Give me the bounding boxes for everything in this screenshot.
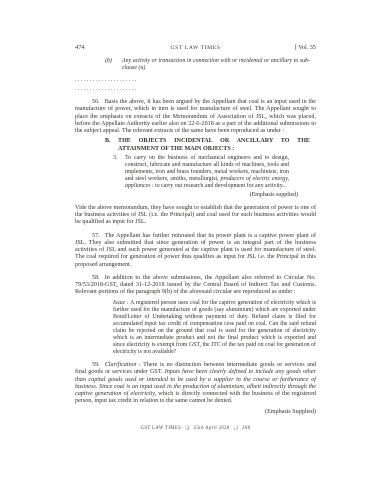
quote-3-roman-2: : to carry out research and development … — [151, 183, 287, 189]
paragraph-vide: Vide the above memorandum, they have sou… — [75, 205, 316, 227]
paragraph-58-text: In addition to the above submissions, th… — [75, 275, 316, 296]
paragraph-59-clarification-label: Clarification — [105, 362, 137, 368]
paragraph-59-number: 59. — [92, 362, 100, 368]
paragraph-56-text: Basis the above, it has been argued by t… — [75, 99, 316, 134]
objects-heading: B. THE OBJECTS INCIDENTAL OR ANCILLARY T… — [105, 138, 310, 153]
objects-heading-label: B. — [105, 138, 118, 153]
objects-heading-text: THE OBJECTS INCIDENTAL OR ANCILLARY TO T… — [118, 138, 310, 153]
footer-page-number: 268 — [242, 426, 250, 431]
ellipsis-line: ..................... — [75, 77, 316, 85]
footer-separator-icon: ❑ — [234, 425, 239, 431]
page-number: 474 — [75, 44, 115, 51]
issue-label: Issue : — [113, 300, 129, 306]
page-footer: GST LAW TIMES❑23rd April 2020❑268 — [75, 425, 316, 431]
paragraph-56: 56.Basis the above, it has been argued b… — [75, 99, 316, 135]
footer-journal: GST LAW TIMES — [141, 426, 182, 431]
paragraph-57-text: The Appellant has further reiterated tha… — [75, 233, 316, 268]
paragraph-58: 58.In addition to the above submissions,… — [75, 275, 316, 297]
document-page: 474 GST LAW TIMES [ Vol. 35 (b) Any acti… — [0, 0, 370, 480]
clause-b-label: (b) — [105, 58, 122, 72]
footer-date: 23rd April 2020 — [194, 426, 230, 431]
issue-quote: Issue : A registered person uses coal fo… — [113, 300, 316, 356]
paragraph-56-number: 56. — [92, 99, 100, 105]
clause-b-text: Any activity or transaction in connectio… — [122, 58, 310, 72]
journal-title: GST LAW TIMES — [115, 45, 276, 51]
volume-label: [ Vol. 35 — [276, 44, 316, 51]
text-block: 474 GST LAW TIMES [ Vol. 35 (b) Any acti… — [75, 44, 316, 431]
issue-text: A registered person uses coal for the ca… — [113, 300, 316, 355]
paragraph-57-number: 57. — [92, 233, 100, 239]
quote-clause-3: 3. To carry on the business of mechanica… — [113, 155, 289, 190]
paragraph-58-number: 58. — [92, 275, 100, 281]
emphasis-supplied-note: (Emphasis Supplied) — [75, 409, 316, 416]
quote-clause-3-number: 3. — [113, 155, 125, 190]
quote-clause-3-text: To carry on the business of mechanical e… — [125, 155, 289, 190]
page-header: 474 GST LAW TIMES [ Vol. 35 — [75, 44, 316, 51]
clause-b: (b) Any activity or transaction in conne… — [105, 58, 310, 72]
emphasis-supplied-note: (Emphasis supplied) — [75, 192, 298, 199]
ellipsis-line: ..................... — [75, 86, 316, 94]
footer-separator-icon: ❑ — [185, 425, 190, 431]
paragraph-59: 59.Clarification : There is no distincti… — [75, 362, 316, 406]
paragraph-57: 57.The Appellant has further reiterated … — [75, 233, 316, 269]
